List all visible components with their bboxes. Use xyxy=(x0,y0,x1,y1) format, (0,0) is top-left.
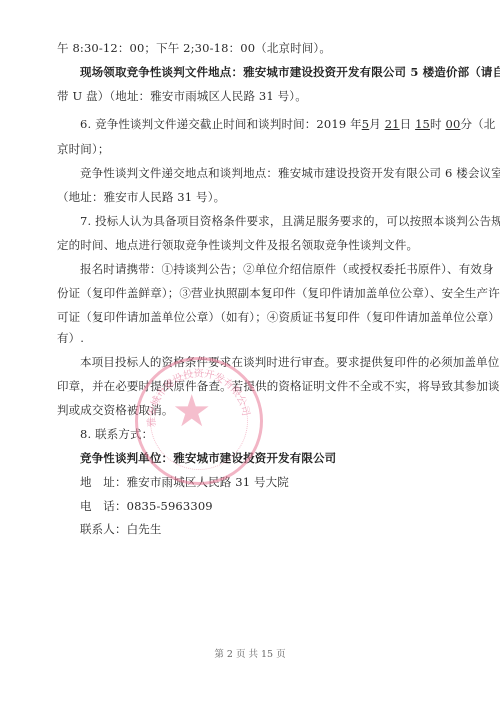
company-seal-stamp: ★ 雅安城市建设投资开发有限公司 xyxy=(135,357,263,485)
text-line-pickup-location: 现场领取竞争性谈判文件地点：雅安城市建设投资开发有限公司 5 楼造价部（请自 xyxy=(80,65,500,79)
deadline-day-unit: 日 xyxy=(400,117,412,131)
text-line-eligibility-cont: 定的时间、地点进行领取竞争性谈判文件及报名领取竞争性谈判文件。 xyxy=(57,238,418,252)
deadline-prefix: 6. 竞争性谈判文件递交截止时间和谈判时间：2019 年 xyxy=(80,117,362,131)
deadline-minute: 00 xyxy=(446,117,461,131)
contact-phone: 电 话：0835-5963309 xyxy=(80,499,213,513)
section-heading-contact: 8. 联系方式： xyxy=(80,427,153,441)
text-line-submission-location: 竞争性谈判文件递交地点和谈判地点：雅安城市建设投资开发有限公司 6 楼会议室 xyxy=(80,166,500,180)
text-line-required-docs-2: 份证（复印件盖鲜章）；③营业执照副本复印件（复印件请加盖单位公章）、安全生产许 xyxy=(57,286,500,300)
contact-address: 地 址：雅安市雨城区人民路 31 号大院 xyxy=(80,475,289,489)
text-line-timezone: 京时间）； xyxy=(57,142,110,156)
text-line-deadline: 6. 竞争性谈判文件递交截止时间和谈判时间：2019 年5月 21日 15时 0… xyxy=(80,117,495,131)
deadline-hour: 15 xyxy=(415,117,430,131)
text-line-review-3: 判或成交资格被取消。 xyxy=(57,403,174,417)
text-line-review: 本项目投标人的资格条件要求在谈判时进行审查。要求提供复印件的必须加盖单位 xyxy=(80,355,499,369)
page-footer: 第 2 页 共 15 页 xyxy=(0,646,500,660)
svg-text:雅安城市建设投资开发有限公司: 雅安城市建设投资开发有限公司 xyxy=(145,367,252,428)
text-line-pickup-address: 带 U 盘）（地址：雅安市雨城区人民路 31 号）。 xyxy=(57,89,307,103)
deadline-suffix: 分（北 xyxy=(460,117,495,131)
text-line-office-hours: 午 8:30-12：00；下午 2;30-18：00（北京时间）。 xyxy=(57,41,331,55)
deadline-day: 21 xyxy=(385,117,400,131)
deadline-month-unit: 月 xyxy=(369,117,381,131)
document-page: 午 8:30-12：00；下午 2;30-18：00（北京时间）。 现场领取竞争… xyxy=(0,0,500,707)
deadline-hour-unit: 时 xyxy=(430,117,442,131)
contact-unit: 竞争性谈判单位：雅安城市建设投资开发有限公司 xyxy=(80,451,336,465)
text-line-submission-address: （地址：雅安市人民路 31 号）。 xyxy=(57,190,225,204)
text-line-review-2: 印章，并在必要时提供原件备查。若提供的资格证明文件不全或不实，将导致其参加谈 xyxy=(57,379,500,393)
text-line-required-docs-4: 有）. xyxy=(57,331,84,345)
text-line-required-docs: 报名时请携带：①持谈判公告；②单位介绍信原件（或授权委托书原件）、有效身 xyxy=(80,262,494,276)
contact-person: 联系人：白先生 xyxy=(80,522,162,536)
text-line-required-docs-3: 可证（复印件请加盖单位公章）（如有）；④资质证书复印件（复印件请加盖单位公章）（… xyxy=(57,310,500,324)
text-line-eligibility: 7. 投标人认为具备项目资格条件要求，且满足服务要求的，可以按照本谈判公告规 xyxy=(80,214,500,228)
seal-star-icon: ★ xyxy=(172,390,211,434)
